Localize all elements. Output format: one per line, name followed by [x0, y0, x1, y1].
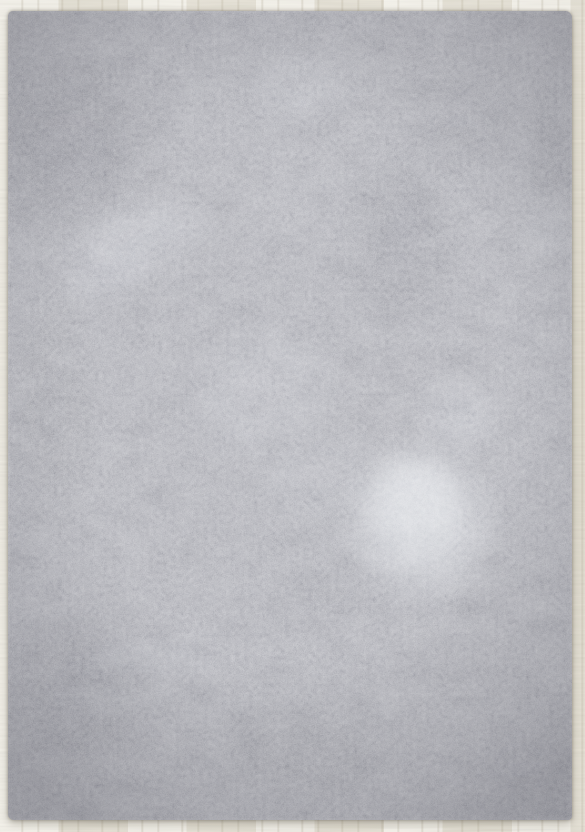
rug-tone-patch-dark-bottom-left — [8, 561, 203, 820]
rug-tone-patch-dark-top-right — [369, 51, 549, 213]
rug-tone-patch-dark-top-left — [8, 11, 219, 290]
rug-tone-patch-dark-band-right-center — [305, 81, 500, 394]
rug-tone-patch-dark-right-edge-top — [510, 43, 572, 270]
rug-tone-patch-light-above-bright-patch — [383, 351, 535, 480]
rug-tone-patch-light-right-edge-mid — [499, 173, 572, 286]
rug-tone-patch-bright-patch-core — [338, 424, 490, 586]
rug-tone-patch-light-comb-top-center — [214, 88, 366, 306]
shag-rug — [8, 11, 572, 820]
rug-tone-patch-bright-patch — [298, 395, 541, 646]
rug-tone-patch-light-streak-left-2 — [24, 222, 195, 333]
rug-tone-patches — [8, 11, 572, 820]
rug-tone-patch-dark-left-edge — [8, 209, 124, 605]
rug-product-photo — [0, 0, 585, 832]
rug-tone-patch-light-streak-left — [8, 142, 272, 332]
rug-tone-patch-dark-bottom-right — [423, 691, 572, 820]
rug-tone-patch-light-center — [101, 245, 422, 538]
rug-tone-patch-dark-bottom-center — [152, 666, 451, 820]
rug-tone-patch-dark-center-low — [239, 533, 419, 654]
rug-tone-patch-light-band-bottom-left-2 — [11, 674, 231, 723]
rug-tone-patch-light-center-2 — [202, 374, 435, 571]
rug-tone-patch-light-band-bottom-left — [25, 622, 284, 695]
rug-tone-patch-light-top-center — [203, 27, 400, 140]
